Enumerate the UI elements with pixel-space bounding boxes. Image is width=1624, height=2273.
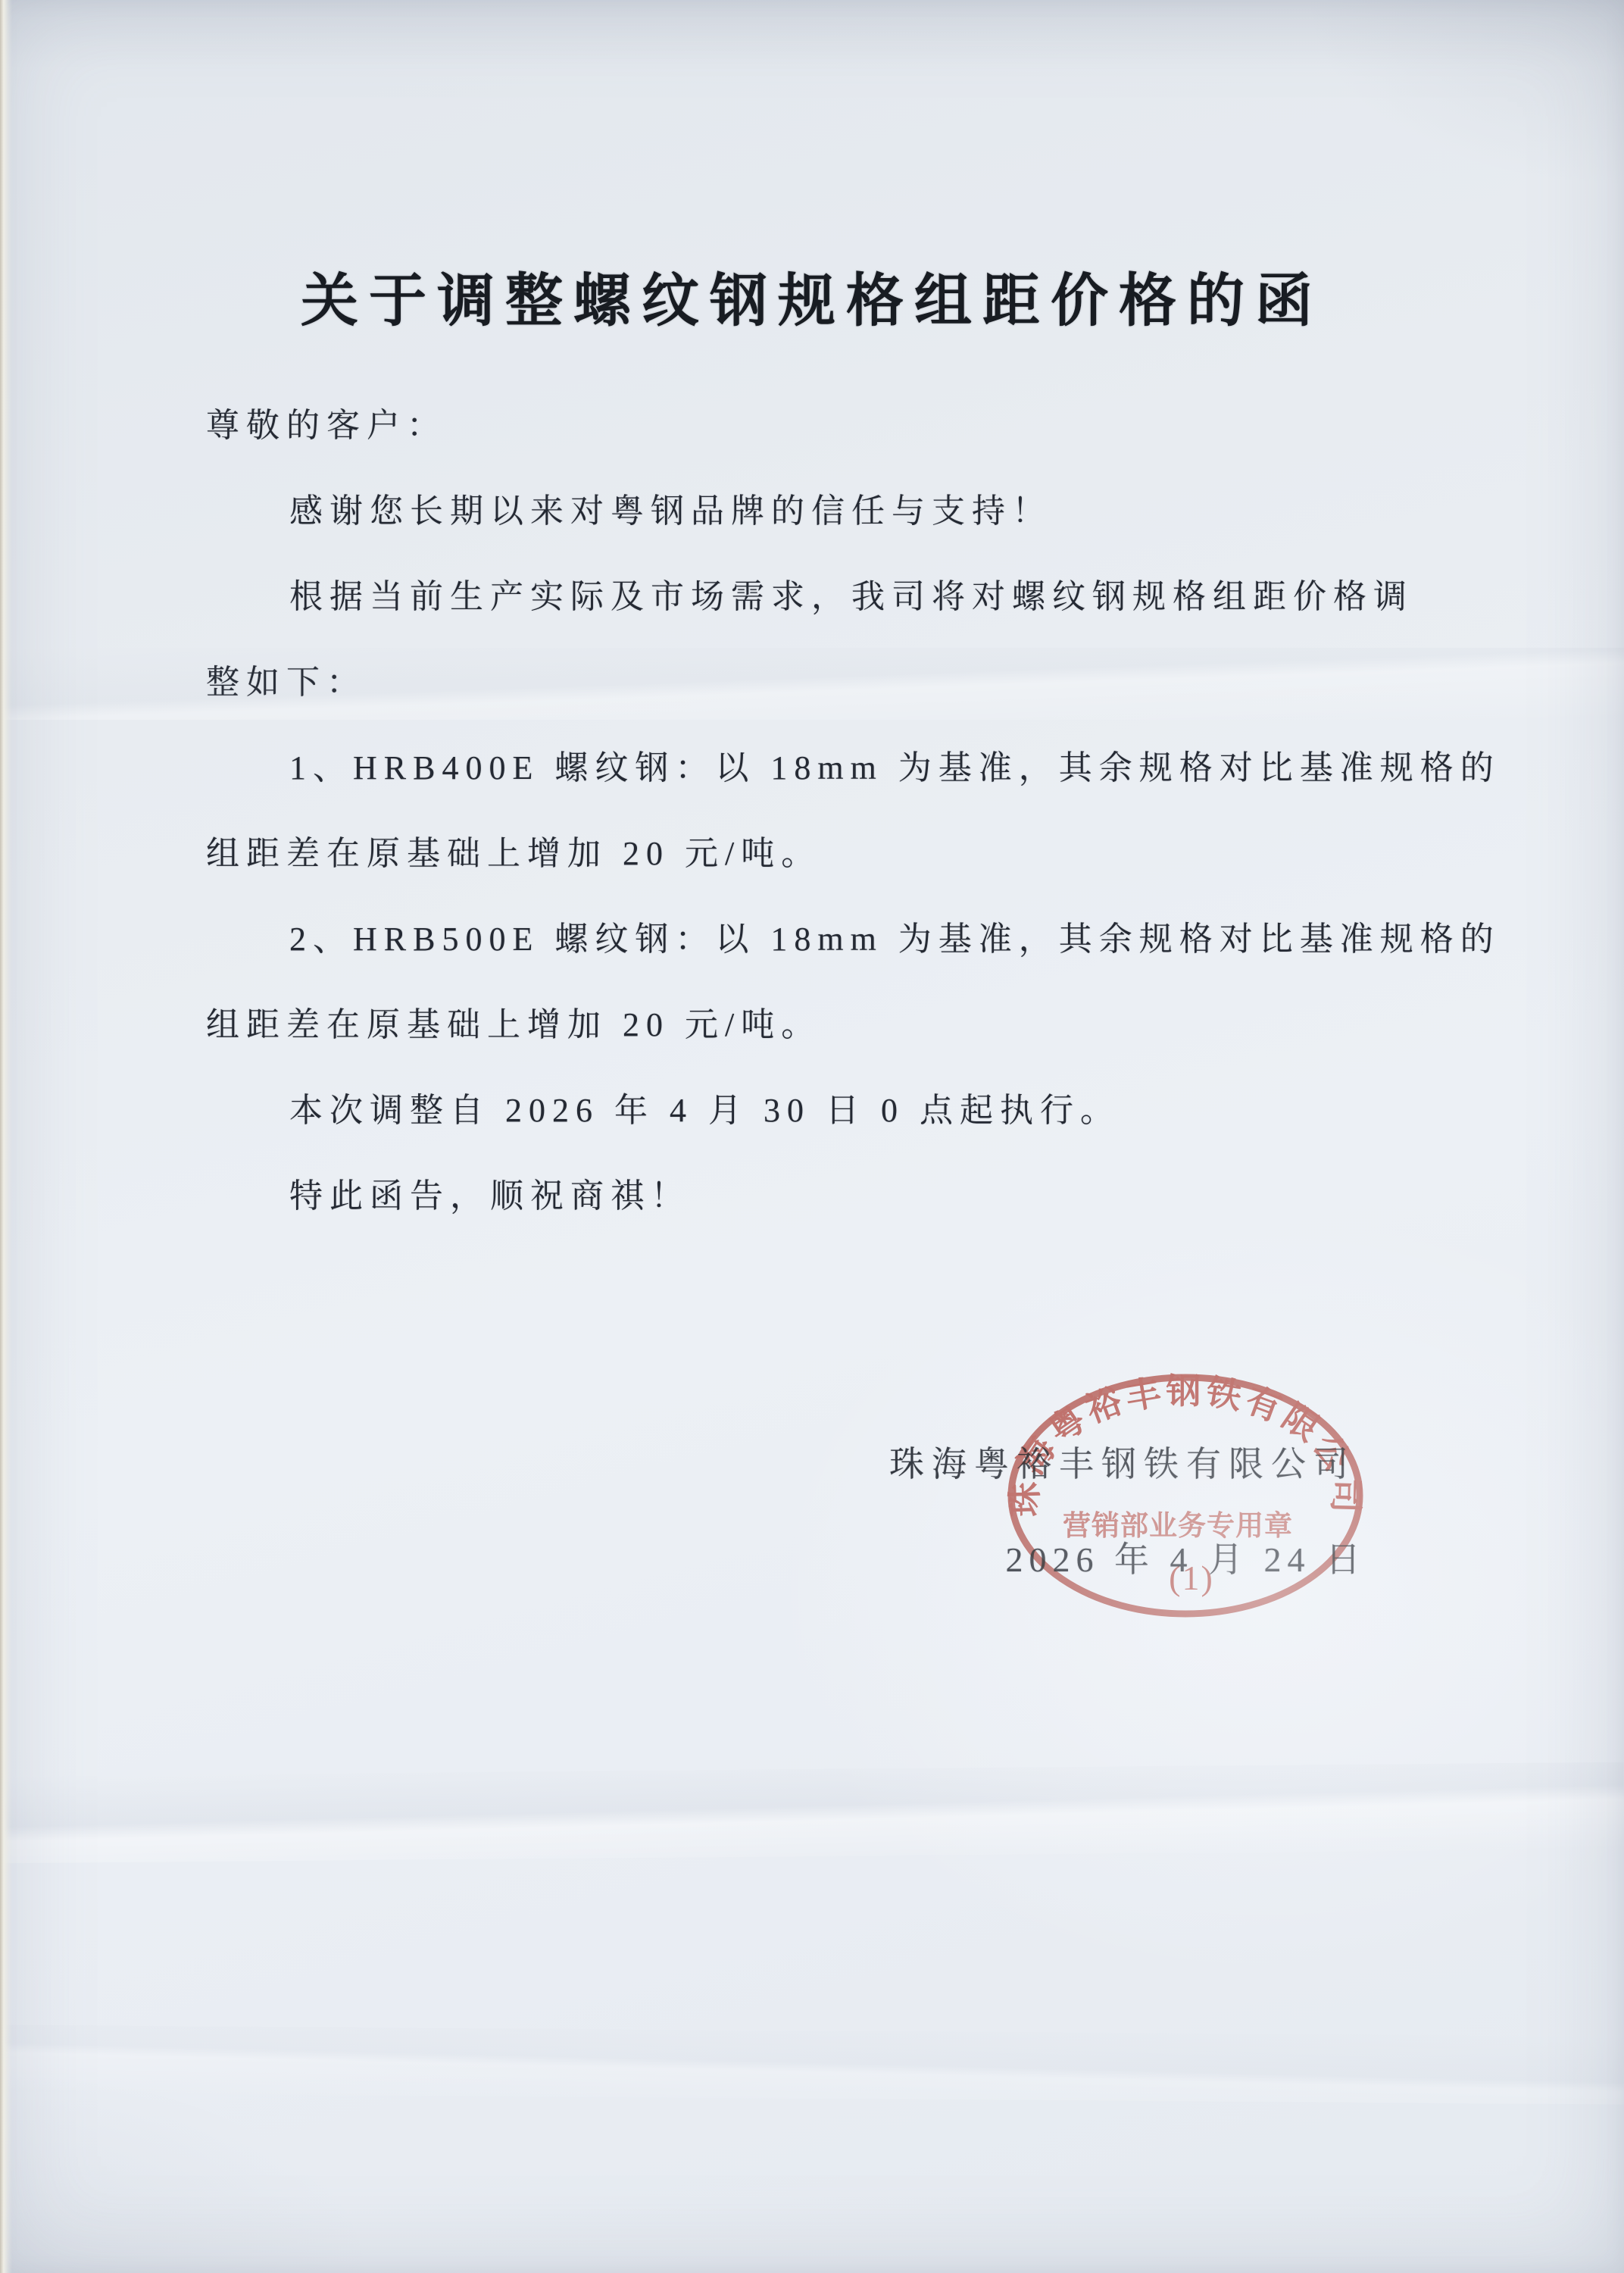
seal-arc-text: 珠海粤裕丰钢铁有限公司 [1004, 1371, 1366, 1518]
body-line: 组距差在原基础上增加 20 元/吨。 [206, 982, 1441, 1068]
letter-body: 尊敬的客户：感谢您长期以来对粤钢品牌的信任与支持！根据当前生产实际及市场需求，我… [206, 383, 1441, 1239]
body-line: 1、HRB400E 螺纹钢：以 18mm 为基准，其余规格对比基准规格的 [206, 725, 1441, 811]
body-line: 整如下： [206, 639, 1441, 725]
body-line: 本次调整自 2026 年 4 月 30 日 0 点起执行。 [206, 1068, 1441, 1153]
seal-number: (1) [1169, 1559, 1214, 1597]
scanned-letter-page: 关于调整螺纹钢规格组距价格的函 尊敬的客户：感谢您长期以来对粤钢品牌的信任与支持… [0, 0, 1624, 2273]
body-line: 尊敬的客户： [206, 383, 1441, 468]
letter-title: 关于调整螺纹钢规格组距价格的函 [0, 255, 1624, 337]
body-line: 组距差在原基础上增加 20 元/吨。 [206, 811, 1441, 896]
body-line: 2、HRB500E 螺纹钢：以 18mm 为基准，其余规格对比基准规格的 [206, 896, 1441, 982]
paper-edge [0, 0, 12, 2273]
seal-center-text: 营销部业务专用章 [1063, 1509, 1293, 1541]
paper-crease [0, 2025, 1624, 2105]
paper-crease [0, 1762, 1624, 1864]
body-line: 根据当前生产实际及市场需求，我司将对螺纹钢规格组距价格调 [206, 554, 1441, 639]
body-line: 特此函告，顺祝商祺！ [206, 1153, 1441, 1239]
company-seal-stamp: 珠海粤裕丰钢铁有限公司 营销部业务专用章 (1) [1002, 1370, 1369, 1621]
body-line: 感谢您长期以来对粤钢品牌的信任与支持！ [206, 468, 1441, 554]
